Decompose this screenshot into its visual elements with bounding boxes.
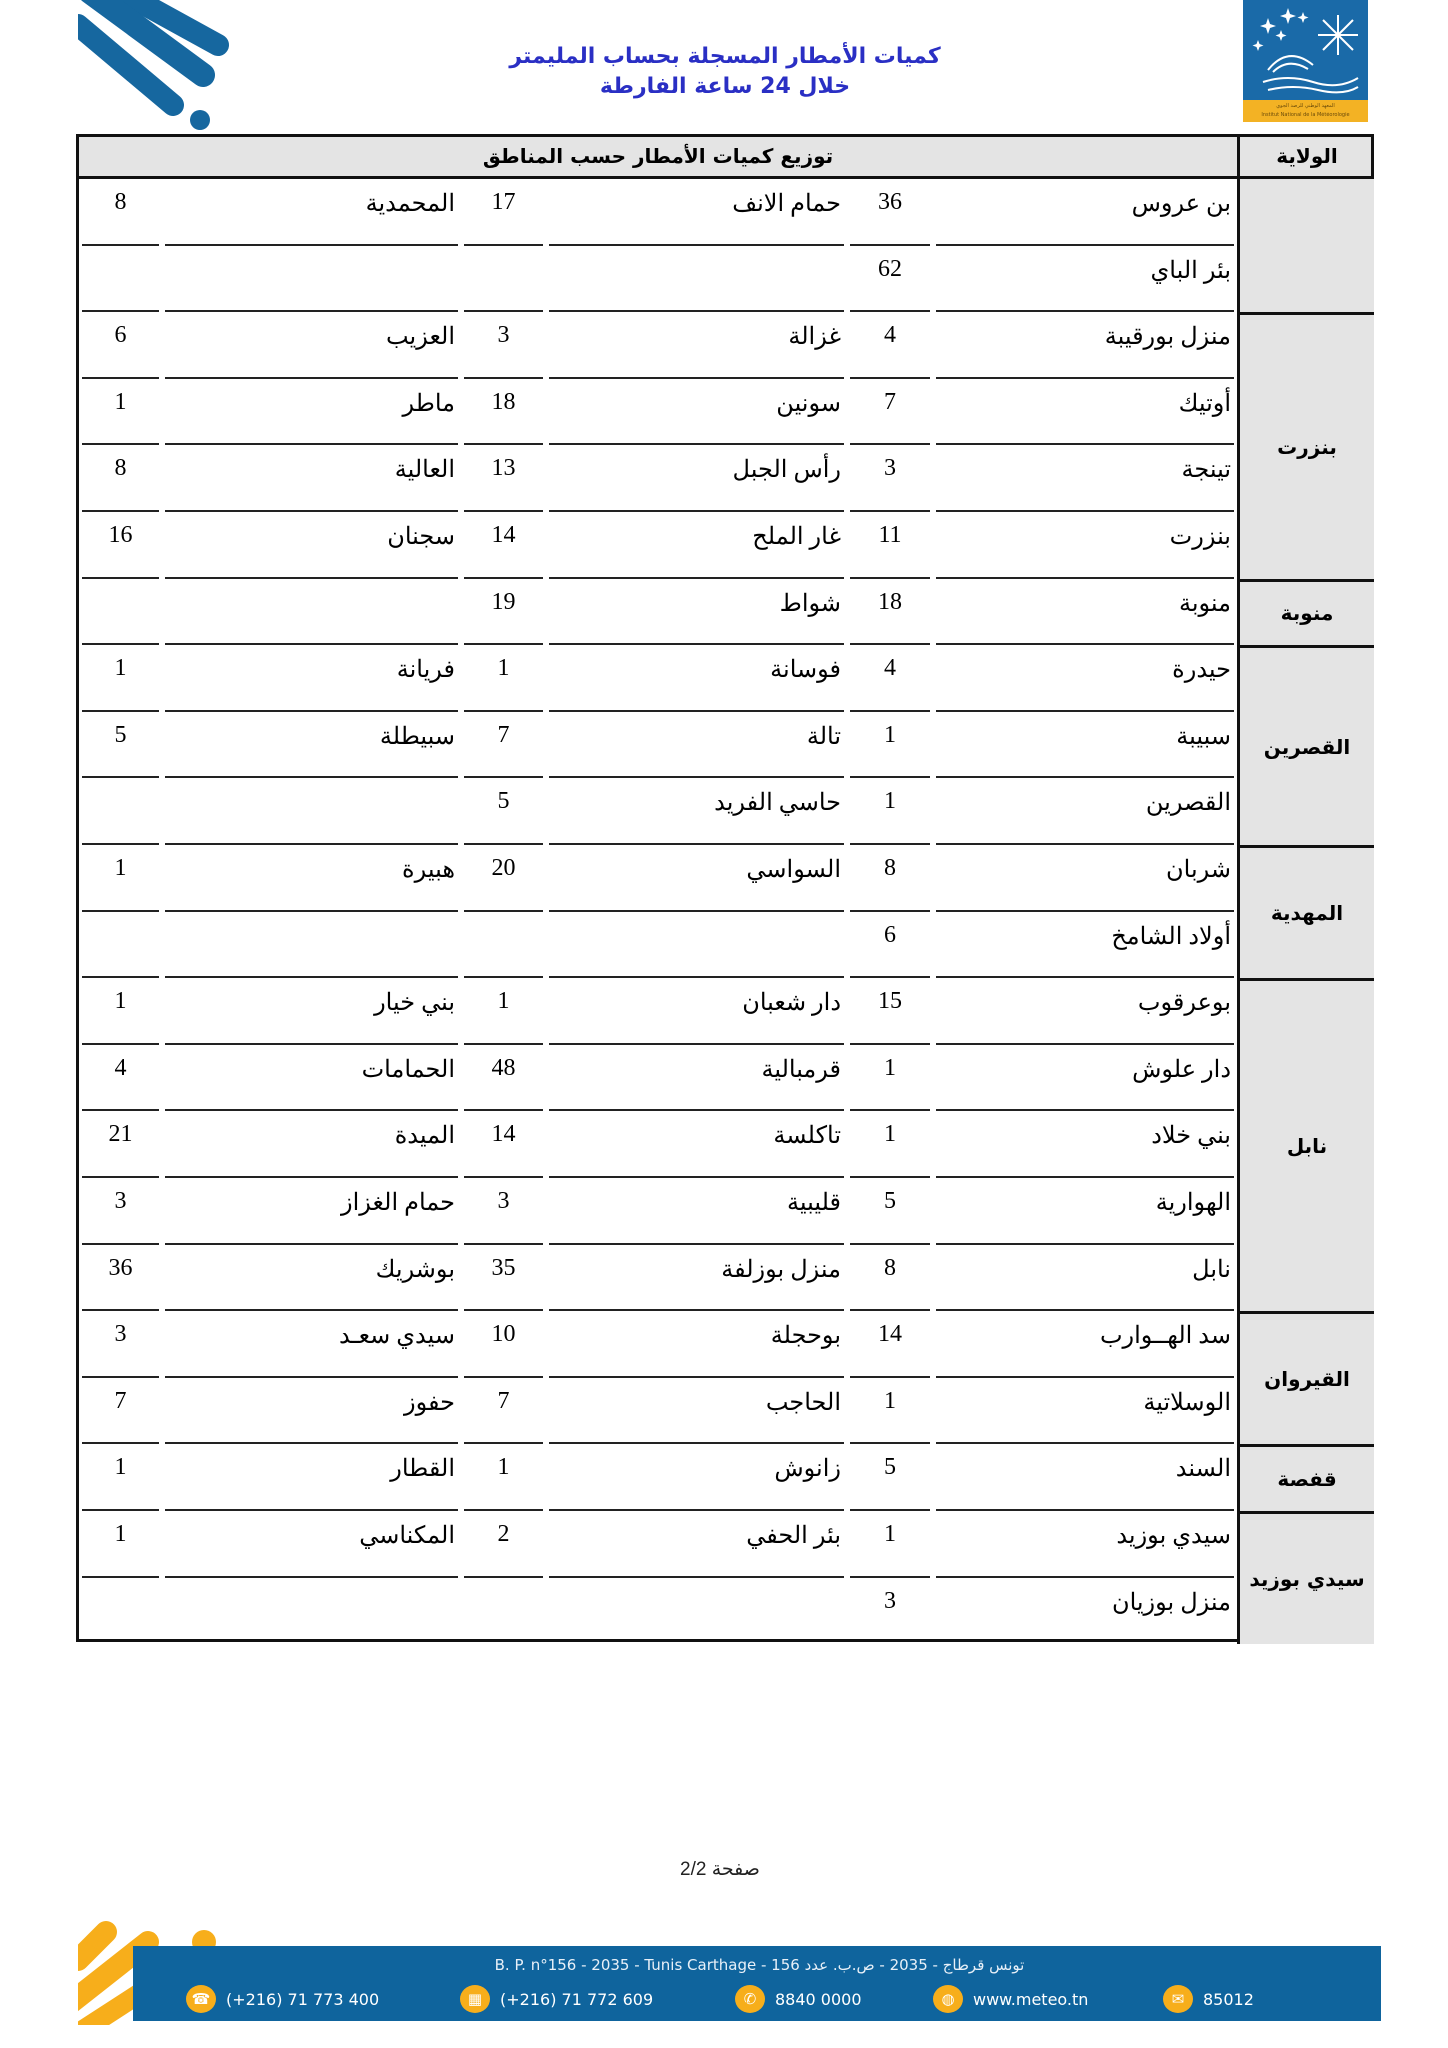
station-name: غزالة [788,322,841,351]
rainfall-mm-value: 7 [461,722,546,749]
page-number: صفحة 2/2 [680,1858,760,1881]
governorate-cell: منوبة [1237,579,1374,646]
rainfall-mm-value: 3 [461,1188,546,1215]
footer-website[interactable]: ◍ www.meteo.tn [933,1984,1088,2014]
station-name: سونين [776,389,841,418]
station-name: حمام الغزاز [341,1188,455,1217]
table-row: بن عروس36حمام الانف17المحمدية8 [79,179,1237,246]
rainfall-mm-value: 3 [847,1588,933,1615]
rainfall-mm-value: 35 [461,1255,546,1282]
station-name: الوسلاتية [1143,1388,1231,1417]
rainfall-mm-value: 48 [461,1055,546,1082]
table-row: شربان8السواسي20هبيرة1 [79,845,1237,912]
station-name: زانوش [774,1454,841,1483]
rainfall-mm-value: 1 [847,1055,933,1082]
station-name: منوبة [1179,589,1231,618]
rainfall-mm-value: 8 [79,455,162,482]
station-name: بن عروس [1132,189,1231,218]
rainfall-mm-value: 2 [461,1521,546,1548]
rainfall-mm-value: 7 [79,1388,162,1415]
rainfall-mm-value: 14 [847,1321,933,1348]
table-header-row: توزيع كميات الأمطار حسب المناطق الولاية [79,137,1371,179]
station-name: حاسي الفريد [714,788,841,817]
phone-number: (+216) 71 773 400 [226,1990,379,2009]
footer-phone: ☎ (+216) 71 773 400 [186,1984,379,2014]
rainfall-mm-value: 21 [79,1121,162,1148]
rainfall-mm-value: 1 [461,988,546,1015]
rainfall-mm-value: 1 [79,855,162,882]
rainfall-mm-value: 1 [847,1521,933,1548]
station-name: بوشريك [376,1255,455,1284]
station-name: تاكلسة [773,1121,841,1150]
station-name: بني خلاد [1151,1121,1231,1150]
station-name: أولاد الشامخ [1111,922,1231,951]
table-row: بني خلاد1تاكلسة14الميدة21 [79,1111,1237,1178]
rainfall-mm-value: 3 [79,1188,162,1215]
institute-logo: المعهد الوطني للرصد الجوي Institut Natio… [1243,0,1368,122]
station-name: قرمبالية [761,1055,841,1084]
station-name: هبيرة [402,855,455,884]
table-row: السند5زانوش1القطار1 [79,1444,1237,1511]
logo-text-french: Institut National de la Météorologie [1247,112,1364,118]
station-name: منزل بوزلفة [721,1255,841,1284]
rainfall-mm-value: 1 [847,1121,933,1148]
rainfall-mm-value: 5 [461,788,546,815]
station-name: بئر الحفي [746,1521,841,1550]
phone-icon: ☎ [186,1985,216,2013]
station-name: قليبية [787,1188,841,1217]
station-name: الميدة [395,1121,455,1150]
station-name: نابل [1192,1255,1231,1284]
station-name: بنزرت [1170,522,1231,551]
rainfall-mm-value: 5 [847,1454,933,1481]
rainfall-mm-value: 14 [461,1121,546,1148]
station-name: تالة [807,722,841,751]
table-row: منزل بورقيبة4غزالة3العزيب6 [79,312,1237,379]
rainfall-mm-value: 36 [847,189,933,216]
footer-hotline: ✆ 8840 0000 [735,1984,862,2014]
sms-icon: ✉ [1163,1985,1193,2013]
station-name: الهوارية [1156,1188,1231,1217]
rainfall-table: توزيع كميات الأمطار حسب المناطق الولاية … [76,134,1374,1642]
station-name: حيدرة [1172,655,1231,684]
footer-contact-bar: B. P. n°156 - 2035 - Tunis Carthage - تو… [78,1946,1381,2021]
rainfall-mm-value: 18 [461,389,546,416]
table-row: بئر الباي62 [79,246,1237,313]
fax-icon: ▦ [460,1985,490,2013]
governorate-cell: المهدية [1237,845,1374,978]
station-name: العالية [395,455,455,484]
station-name: شواط [780,589,841,618]
rainfall-mm-value: 5 [79,722,162,749]
station-name: رأس الجبل [733,455,841,484]
station-name: السواسي [746,855,841,884]
governorate-cell [1237,179,1374,312]
rainfall-mm-value: 13 [461,455,546,482]
website-link[interactable]: www.meteo.tn [973,1990,1088,2009]
rainfall-mm-value: 16 [79,522,162,549]
logo-text-arabic: المعهد الوطني للرصد الجوي [1247,103,1364,109]
hotline-icon: ✆ [735,1985,765,2013]
rainfall-mm-value: 1 [79,655,162,682]
rainfall-mm-value: 6 [847,922,933,949]
station-name: القطار [390,1454,455,1483]
rainfall-mm-value: 1 [847,1388,933,1415]
governorate-cell: بنزرت [1237,312,1374,578]
governorate-cell: القيروان [1237,1311,1374,1444]
station-name: دار شعبان [742,988,841,1017]
rainfall-mm-value: 7 [847,389,933,416]
report-subtitle: خلال 24 ساعة الفارطة [380,74,1070,99]
globe-icon: ◍ [933,1985,963,2013]
report-title: كميات الأمطار المسجلة بحساب المليمتر [380,44,1070,69]
station-name: تينجة [1181,455,1231,484]
station-name: بئر الباي [1151,256,1231,285]
governorate-cell: القصرين [1237,645,1374,845]
rainfall-mm-value: 18 [847,589,933,616]
station-name: سيدي سعـد [339,1321,455,1350]
table-row: سبيبة1تالة7سبيطلة5 [79,712,1237,779]
rainfall-mm-value: 36 [79,1255,162,1282]
table-row: الوسلاتية1الحاجب7حفوز7 [79,1378,1237,1445]
rainfall-mm-value: 20 [461,855,546,882]
station-name: حمام الانف [732,189,841,218]
table-row: أولاد الشامخ6 [79,912,1237,979]
rainfall-mm-value: 8 [847,1255,933,1282]
station-name: فريانة [397,655,455,684]
governorate-cell: نابل [1237,978,1374,1311]
rainfall-mm-value: 1 [79,988,162,1015]
hotline-number: 8840 0000 [775,1990,862,2009]
station-name: العزيب [386,322,455,351]
rainfall-mm-value: 10 [461,1321,546,1348]
column-header-distribution: توزيع كميات الأمطار حسب المناطق [79,137,1237,176]
rainfall-mm-value: 15 [847,988,933,1015]
table-row: أوتيك7سونين18ماطر1 [79,379,1237,446]
station-name: منزل بوزيان [1112,1588,1231,1617]
rainfall-mm-value: 1 [79,1454,162,1481]
rainfall-mm-value: 3 [847,455,933,482]
station-name: المكناسي [359,1521,455,1550]
station-name: فوسانة [770,655,841,684]
station-name: الحمامات [362,1055,455,1084]
table-row: القصرين1حاسي الفريد5 [79,778,1237,845]
station-name: ماطر [402,389,455,418]
station-name: سبيبة [1176,722,1231,751]
table-row: دار علوش1قرمبالية48الحمامات4 [79,1045,1237,1112]
station-name: بوعرقوب [1138,988,1231,1017]
table-row: حيدرة4فوسانة1فريانة1 [79,645,1237,712]
rainfall-mm-value: 6 [79,322,162,349]
table-row: تينجة3رأس الجبل13العالية8 [79,445,1237,512]
station-name: سبيطلة [380,722,455,751]
rainfall-mm-value: 8 [847,855,933,882]
station-name: السند [1176,1454,1231,1483]
station-name: أوتيك [1179,389,1231,418]
governorate-cell: سيدي بوزيد [1237,1511,1374,1644]
rainfall-mm-value: 1 [79,1521,162,1548]
rainfall-mm-value: 62 [847,256,933,283]
station-name: الحاجب [766,1388,841,1417]
station-name: حفوز [404,1388,455,1417]
sms-number: 85012 [1203,1990,1254,2009]
station-name: شربان [1166,855,1231,884]
rainfall-mm-value: 3 [79,1321,162,1348]
rainfall-mm-value: 1 [461,655,546,682]
rainfall-mm-value: 7 [461,1388,546,1415]
table-row: نابل8منزل بوزلفة35بوشريك36 [79,1245,1237,1312]
footer-address: B. P. n°156 - 2035 - Tunis Carthage - تو… [138,1956,1381,1974]
station-name: سجنان [387,522,455,551]
footer-sms: ✉ 85012 [1163,1984,1254,2014]
rainfall-mm-value: 11 [847,522,933,549]
governorate-cell: قفصة [1237,1444,1374,1511]
station-name: المحمدية [366,189,455,218]
rainfall-mm-value: 17 [461,189,546,216]
station-name: سد الهــوارب [1100,1321,1231,1350]
table-row: منوبة18شواط19 [79,579,1237,646]
table-row: بوعرقوب15دار شعبان1بني خيار1 [79,978,1237,1045]
rainfall-mm-value: 14 [461,522,546,549]
table-row: سد الهــوارب14بوحجلة10سيدي سعـد3 [79,1311,1237,1378]
rainfall-mm-value: 4 [79,1055,162,1082]
station-name: القصرين [1146,788,1231,817]
table-row: منزل بوزيان3 [79,1578,1237,1645]
rainfall-mm-value: 3 [461,322,546,349]
rainfall-mm-value: 1 [79,389,162,416]
rainfall-mm-value: 1 [847,722,933,749]
rainfall-mm-value: 4 [847,322,933,349]
table-row: سيدي بوزيد1بئر الحفي2المكناسي1 [79,1511,1237,1578]
rainfall-mm-value: 1 [847,788,933,815]
fax-number: (+216) 71 772 609 [500,1990,653,2009]
station-name: منزل بورقيبة [1105,322,1231,351]
rainfall-mm-value: 8 [79,189,162,216]
station-name: دار علوش [1132,1055,1231,1084]
footer-fax: ▦ (+216) 71 772 609 [460,1984,653,2014]
station-name: سيدي بوزيد [1116,1521,1231,1550]
station-name: غار الملح [752,522,841,551]
station-name: بوحجلة [771,1321,841,1350]
brand-stripes-decoration [78,0,238,135]
station-name: بني خيار [374,988,455,1017]
rainfall-mm-value: 4 [847,655,933,682]
weather-emblem-icon [1243,0,1368,100]
column-header-governorate: الولاية [1237,137,1374,176]
rainfall-mm-value: 5 [847,1188,933,1215]
rainfall-mm-value: 19 [461,589,546,616]
table-row: بنزرت11غار الملح14سجنان16 [79,512,1237,579]
table-row: الهوارية5قليبية3حمام الغزاز3 [79,1178,1237,1245]
rainfall-mm-value: 1 [461,1454,546,1481]
